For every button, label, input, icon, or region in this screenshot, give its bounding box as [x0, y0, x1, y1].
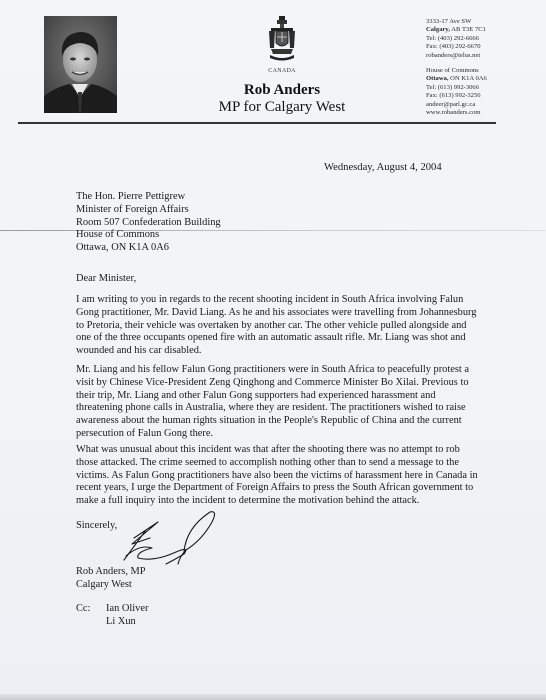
- ottawa-office-contact: House of Commons Ottawa, ON K1A 0A6 Tel:…: [426, 67, 487, 117]
- ottawa-city: Ottawa,: [426, 75, 449, 82]
- signatory-riding: Calgary West: [76, 579, 146, 592]
- mp-name: Rob Anders: [182, 82, 382, 99]
- portrait-image-icon: [44, 16, 117, 113]
- website: www.robanders.com: [426, 109, 487, 117]
- recipient-line: The Hon. Pierre Pettigrew: [76, 191, 221, 204]
- calgary-fax: Fax: (403) 292-6670: [426, 43, 486, 51]
- ottawa-fax: Fax: (613) 992-3256: [426, 92, 487, 100]
- calgary-tel: Tel: (403) 292-6666: [426, 35, 486, 43]
- paragraph-line: make a full inquiry into the incident to…: [76, 495, 496, 508]
- recipient-line: Ottawa, ON K1A 0A6: [76, 242, 221, 255]
- letterhead-divider: [18, 122, 496, 124]
- recipient-address: The Hon. Pierre Pettigrew Minister of Fo…: [76, 191, 221, 255]
- paragraph-line: Gong practitioner, Mr. David Liang. As h…: [76, 307, 496, 320]
- paragraph-line: to Pretoria, their vehicle was overtaken…: [76, 320, 496, 333]
- signatory-block: Rob Anders, MP Calgary West: [76, 566, 146, 592]
- calgary-email: robanders@telus.net: [426, 52, 486, 60]
- paragraph-line: victims. As Falun Gong practitioners hav…: [76, 470, 496, 483]
- paragraph-line: recent years, I urge the Department of F…: [76, 482, 496, 495]
- paragraph-line: one of the three occupants opened fire w…: [76, 332, 496, 345]
- letter-date: Wednesday, August 4, 2004: [324, 162, 442, 173]
- paragraph-line: persecution of Falun Gong there.: [76, 428, 496, 441]
- recipient-line: House of Commons: [76, 229, 221, 242]
- mp-portrait-photo: [44, 16, 117, 113]
- paragraph-line: wounded and his car disabled.: [76, 345, 496, 358]
- paragraph-line: What was unusual about this incident was…: [76, 444, 496, 457]
- paragraph-line: Mr. Liang and his fellow Falun Gong prac…: [76, 364, 496, 377]
- ottawa-email: andeer@parl.gc.ca: [426, 101, 487, 109]
- recipient-line: Minister of Foreign Affairs: [76, 204, 221, 217]
- cc-recipient: Ian Oliver: [106, 603, 148, 616]
- ottawa-office-name: House of Commons: [426, 67, 487, 75]
- ottawa-tel: Tel: (613) 992-3066: [426, 84, 487, 92]
- canada-coat-of-arms-icon: [267, 16, 297, 62]
- paragraph-line: visit by Chinese Vice-President Zeng Qin…: [76, 377, 496, 390]
- ottawa-city-line: Ottawa, ON K1A 0A6: [426, 75, 487, 83]
- signatory-name: Rob Anders, MP: [76, 566, 146, 579]
- handwritten-signature-icon: [114, 508, 224, 568]
- salutation: Dear Minister,: [76, 273, 136, 286]
- body-paragraph-2: Mr. Liang and his fellow Falun Gong prac…: [76, 364, 496, 441]
- cc-recipient: Li Xun: [106, 616, 148, 629]
- calgary-city: Calgary,: [426, 26, 450, 33]
- letter-page: CANADA Rob Anders MP for Calgary West 33…: [0, 0, 546, 700]
- mp-title: MP for Calgary West: [182, 99, 382, 116]
- calgary-city-line: Calgary, AB T3E 7C1: [426, 26, 486, 34]
- paragraph-line: threatening phone calls in Australia, wh…: [76, 402, 496, 415]
- paragraph-line: awareness about the human rights situati…: [76, 415, 496, 428]
- closing: Sincerely,: [76, 520, 117, 533]
- cc-list: Ian Oliver Li Xun: [106, 603, 148, 629]
- cc-label: Cc:: [76, 603, 106, 616]
- ottawa-postal: ON K1A 0A6: [449, 75, 487, 82]
- paragraph-line: their trip, Mr. Liang and other Falun Go…: [76, 390, 496, 403]
- page-bottom-edge: [0, 694, 546, 700]
- calgary-office-contact: 3333-17 Ave SW Calgary, AB T3E 7C1 Tel: …: [426, 18, 486, 60]
- crest-country-label: CANADA: [232, 68, 332, 74]
- calgary-postal: AB T3E 7C1: [450, 26, 486, 33]
- body-paragraph-3: What was unusual about this incident was…: [76, 444, 496, 508]
- paragraph-line: those attacked. The crime seemed to acco…: [76, 457, 496, 470]
- recipient-line: Room 507 Confederation Building: [76, 217, 221, 230]
- calgary-street: 3333-17 Ave SW: [426, 18, 486, 26]
- body-paragraph-1: I am writing to you in regards to the re…: [76, 294, 496, 358]
- paragraph-line: I am writing to you in regards to the re…: [76, 294, 496, 307]
